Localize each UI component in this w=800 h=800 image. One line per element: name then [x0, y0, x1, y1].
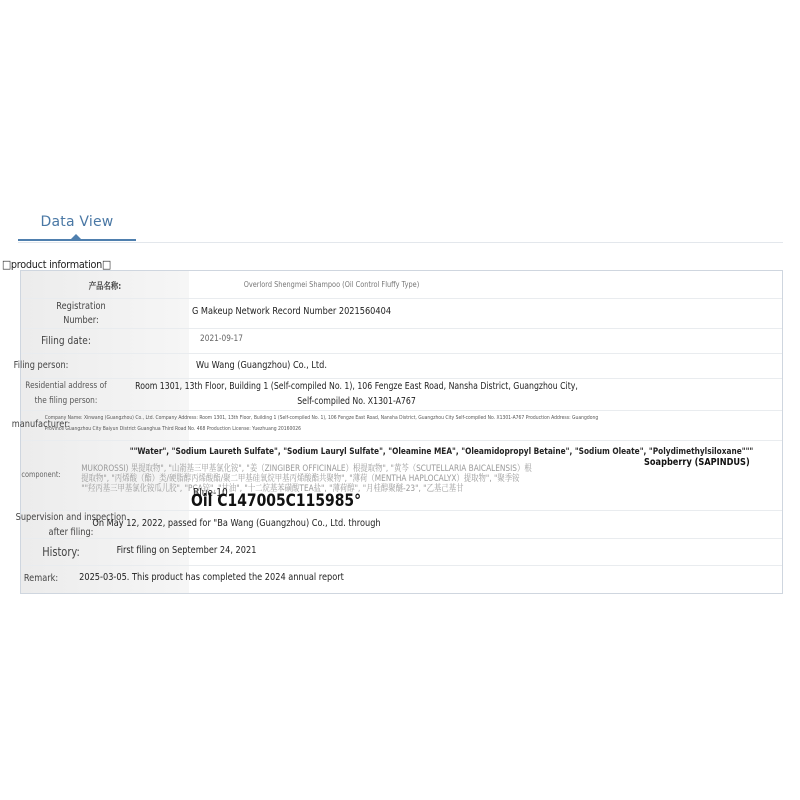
table-row-registration-number: Registration Number: G Makeup Network Re… [21, 298, 782, 329]
row-value: Wu Wang (Guangzhou) Co., Ltd. [130, 360, 393, 371]
row-value: 2021-09-17 [155, 334, 287, 344]
row-value: On May 12, 2022, passed for "Ba Wang (Gu… [35, 518, 438, 529]
row-label: component: [8, 470, 74, 479]
table-row-residential-address: Residential address of the filing person… [21, 378, 782, 411]
component-overlay-colorant: Oil C147005C115985° [191, 491, 361, 511]
row-label: Residential address of the filing person… [21, 379, 111, 409]
table-row-history: History: First filing on September 24, 2… [21, 538, 782, 566]
row-value-line1: Room 1301, 13th Floor, Building 1 (Self-… [114, 379, 599, 394]
row-value-line2: Self-compiled No. X1301-A767 [114, 394, 599, 409]
tab-bar: Data View [18, 208, 783, 243]
row-value-line2: Province Guangzhou City Baiyun District … [45, 424, 800, 435]
table-row-component: component: ""Water", "Sodium Laureth Sul… [21, 440, 782, 511]
table-row-filing-person: Filing person: Wu Wang (Guangzhou) Co., … [21, 353, 782, 379]
product-info-table: 产品名称: Overlord Shengmei Shampoo (Oil Con… [20, 270, 783, 594]
tab-label: Data View [18, 208, 136, 236]
row-value-line1: Company Name: Xinwang (Guangzhou) Co., L… [45, 413, 800, 424]
row-value-line4: ""羟丙基三甲基氯化铵瓜儿胶", "PCA锌", "甘油", "十二烷基苯磺酸T… [81, 484, 800, 494]
row-value-line1: ""Water", "Sodium Laureth Sulfate", "Sod… [72, 447, 800, 457]
active-tab-caret-icon [71, 234, 81, 239]
table-row-manufacturer: manufacturer: Company Name: Xinwang (Gua… [21, 410, 782, 441]
table-row-product-name: 产品名称: Overlord Shengmei Shampoo (Oil Con… [21, 271, 782, 299]
row-label: Filing date: [25, 334, 107, 347]
row-value-line3: 提取物", "丙烯酸（酯）类/硬脂醇丙烯酸酯/聚二甲基硅氧烷甲基丙烯酸酯共聚物"… [81, 474, 800, 484]
row-label: Filing person: [0, 360, 82, 371]
table-row-supervision: Supervision and inspection after filing:… [21, 510, 782, 539]
component-overlay-soapberry: Soapberry (SAPINDUS) [644, 457, 750, 468]
row-value: Overlord Shengmei Shampoo (Oil Control F… [126, 280, 537, 289]
row-value: 2025-03-05. This product has completed t… [6, 572, 417, 583]
table-row-filing-date: Filing date: 2021-09-17 [21, 328, 782, 354]
row-value: First filing on September 24, 2021 [67, 545, 306, 556]
row-value: G Makeup Network Record Number 202156040… [102, 306, 480, 317]
tab-data-view[interactable]: Data View [18, 208, 136, 241]
table-row-remark: Remark: 2025-03-05. This product has com… [21, 565, 782, 592]
